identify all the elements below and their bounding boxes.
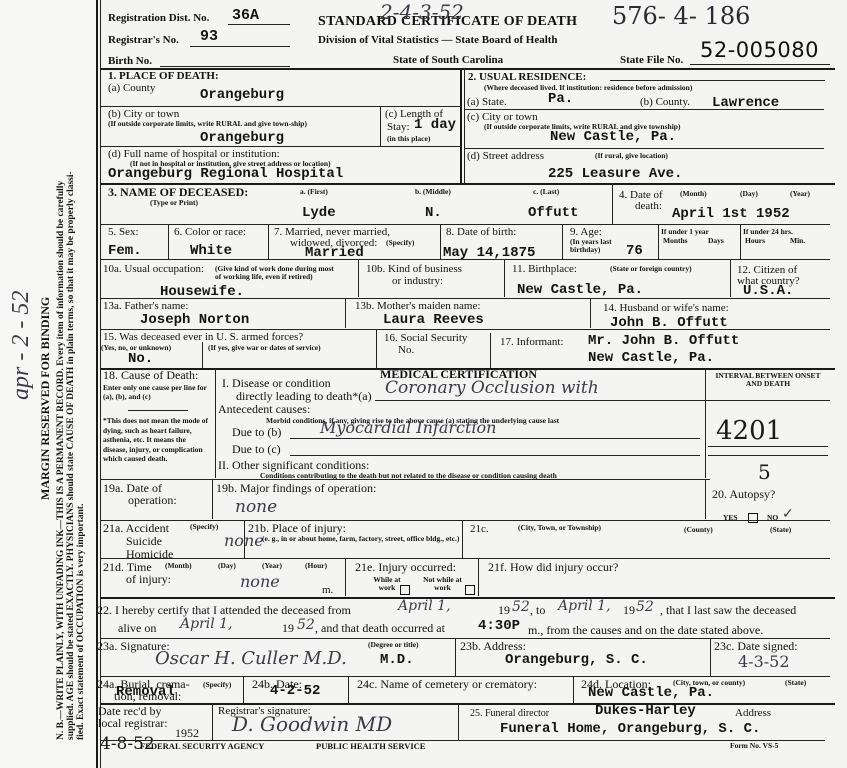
due-b-label: Due to (b): [232, 426, 281, 438]
occurred-label: 21e. Injury occurred:: [355, 561, 456, 573]
usual-residence-title: 2. USUAL RESIDENCE:: [468, 71, 586, 83]
findings-value: none: [235, 497, 277, 517]
sex-label: 5. Sex:: [108, 226, 139, 238]
time-injury-value: none: [240, 572, 280, 591]
certify-to-label: , to: [530, 604, 545, 616]
autopsy-label: 20. Autopsy?: [712, 488, 775, 500]
occurred-at-label: , and that death occurred at: [315, 622, 445, 634]
burial-specify: (Specify): [203, 681, 231, 689]
divider: [562, 224, 563, 259]
physician-address: Orangeburg, S. C.: [505, 653, 648, 668]
certify-to-year: 52: [636, 599, 654, 615]
reg-dist-label: Registration Dist. No.: [108, 12, 209, 24]
divider: [478, 558, 479, 596]
disease-label: I. Disease or condition: [222, 377, 331, 389]
first-label: a. (First): [300, 188, 328, 196]
day-label: (Day): [740, 190, 758, 198]
divider: [460, 68, 462, 183]
margin-instructions-3: fied. Exact statement of OCCUPATION is v…: [76, 504, 86, 740]
divider: [464, 109, 824, 110]
cause-footnote: *This does not mean the mode of dying, s…: [103, 416, 211, 464]
while-work-checkbox[interactable]: [400, 585, 410, 595]
time-year-label: (Year): [262, 562, 282, 570]
certify-line1-end: , that I last saw the deceased: [660, 604, 796, 616]
res-street: 225 Leasure Ave.: [548, 167, 682, 182]
year-prefix-1: 19: [498, 604, 510, 616]
accident-specify: (Specify): [190, 523, 218, 531]
margin-instructions-2: supplied. AGE should be stated EXACTLY. …: [66, 171, 76, 740]
state-file-value: 52-005080: [700, 38, 819, 62]
state-text: State of South Carolina: [393, 54, 503, 66]
certify-from: April 1,: [398, 598, 451, 614]
divider: [202, 342, 203, 368]
injury-state-label: (State): [770, 526, 791, 534]
divider: [740, 224, 741, 259]
divider: [100, 106, 460, 107]
divider: [100, 479, 710, 480]
interval-code: 4201: [716, 416, 782, 446]
divider: [730, 259, 731, 297]
location-state-note: (State): [785, 679, 806, 687]
divider: [100, 703, 835, 705]
business-label-2: or industry:: [392, 275, 443, 287]
place-of-death-title: 1. PLACE OF DEATH:: [108, 70, 219, 82]
father-name: Joseph Norton: [140, 313, 249, 328]
divider: [464, 148, 824, 149]
divider: [168, 224, 169, 259]
burial-date: 4-2-52: [270, 684, 320, 699]
interval-label: INTERVAL BETWEEN ONSET AND DEATH: [708, 372, 828, 388]
alive-date: April 1,: [180, 616, 233, 632]
occupation-note: (Give kind of work done during most of w…: [215, 265, 335, 281]
underline: [375, 400, 705, 401]
underline: [290, 455, 700, 456]
rec-year: 1952: [175, 727, 199, 739]
findings-label: 19b. Major findings of operation:: [216, 482, 376, 494]
registrar-signature: D. Goodwin MD: [232, 712, 392, 736]
registrar-label: Registrar's No.: [108, 34, 179, 46]
due-c-label: Due to (c): [232, 443, 281, 455]
year-prefix-3: 19: [282, 622, 294, 634]
divider: [490, 333, 491, 369]
birthplace: New Castle, Pa.: [517, 283, 643, 298]
cause-a: Coronary Occlusion with: [385, 378, 599, 398]
last-name: Offutt: [528, 206, 578, 221]
funeral-director: Dukes-Harley: [595, 704, 696, 719]
injury-location-label: 21c.: [470, 523, 489, 535]
informant-line-1: Mr. John B. Offutt: [588, 334, 739, 349]
name-label: 3. NAME OF DECEASED:: [108, 186, 248, 198]
divider: [348, 676, 349, 704]
death-city: Orangeburg: [200, 131, 284, 146]
state-file-label: State File No.: [620, 54, 683, 66]
res-city: New Castle, Pa.: [550, 130, 676, 145]
reg-dist-value: 36A: [232, 8, 259, 23]
underline: [228, 24, 290, 25]
not-work-label: Not while at work: [420, 576, 465, 592]
divider: [100, 259, 830, 260]
divider: [100, 224, 830, 225]
death-county: Orangeburg: [200, 88, 284, 103]
physician-signature: Oscar H. Culler M.D.: [155, 648, 347, 669]
funeral-address-label: Address: [735, 707, 771, 719]
autopsy-yes-checkbox[interactable]: [748, 513, 758, 523]
res-state: Pa.: [548, 92, 573, 107]
divider: [380, 106, 381, 146]
injury-county-label: (County): [684, 526, 713, 534]
divider: [243, 676, 244, 704]
directly-label: directly leading to death*(a): [236, 390, 372, 402]
divider: [573, 676, 574, 704]
degree-label: (Degree or title): [368, 641, 419, 649]
informant-line-2: New Castle, Pa.: [588, 351, 714, 366]
spouse-label: 14. Husband or wife's name:: [603, 302, 729, 314]
hospital-name: Orangeburg Regional Hospital: [108, 167, 343, 182]
agency-text: FEDERAL SECURITY AGENCY: [140, 742, 264, 750]
street-note: (If rural, give location): [595, 152, 668, 160]
divider: [710, 638, 711, 676]
divider: [212, 703, 213, 740]
under-24-label: If under 24 hrs.: [743, 228, 793, 236]
months-label: Months: [663, 237, 688, 245]
marital-specify: (Specify): [386, 239, 414, 247]
time-hour-label: (Hour): [305, 562, 327, 570]
birthplace-label: 11. Birthplace:: [512, 263, 577, 275]
res-state-label: (a) State.: [467, 96, 507, 108]
accident-label: 21a. Accident: [103, 522, 169, 534]
death-date: April 1st 1952: [672, 207, 790, 222]
race-label: 6. Color or race:: [174, 226, 246, 238]
time-day-label: (Day): [218, 562, 236, 570]
margin-reserved-text: MARGIN RESERVED FOR BINDING: [38, 297, 53, 500]
time-m-label: m.: [322, 584, 333, 596]
divider: [610, 80, 825, 81]
death-time: 4:30P: [478, 619, 520, 634]
res-county-label: (b) County.: [640, 96, 690, 108]
father-label: 13a. Father's name:: [103, 300, 188, 312]
address-label: 23b. Address:: [460, 640, 526, 652]
rec-label-2: local registrar:: [98, 717, 168, 729]
certify-text: 22. I hereby certify that I attended the…: [97, 604, 351, 616]
handwritten-top-number: 576- 4- 186: [612, 2, 750, 30]
birthplace-note: (State or foreign country): [610, 265, 692, 273]
cause-note: Enter only one cause per line for (a), (…: [103, 383, 211, 401]
divider: [458, 703, 459, 740]
division-text: Division of Vital Statistics — State Boa…: [318, 34, 558, 46]
antecedent-label: Antecedent causes:: [218, 403, 310, 415]
divider: [345, 298, 346, 328]
name-note: (Type or Print): [150, 199, 198, 207]
not-work-checkbox[interactable]: [465, 585, 475, 595]
degree: M.D.: [380, 653, 414, 668]
funeral-director-label: 25. Funeral director: [470, 708, 549, 720]
divider: [212, 479, 213, 519]
year-prefix-2: 19: [623, 604, 635, 616]
business-label: 10b. Kind of business: [366, 263, 462, 275]
underline: [708, 446, 828, 447]
underline: [160, 66, 290, 67]
stay-value: 1 day: [414, 118, 456, 133]
armed-label: 15. Was deceased ever in U. S. armed for…: [103, 331, 303, 343]
time-month-label: (Month): [165, 562, 192, 570]
middle-label: b. (Middle): [415, 188, 451, 196]
cause-label: 18. Cause of Death:: [103, 369, 198, 381]
divider: [358, 259, 359, 297]
ssn-label-2: No.: [398, 344, 414, 356]
margin-handwritten-note: apr - 2 - 52: [8, 291, 35, 400]
divider: [455, 638, 456, 676]
stay-note: (in this place): [387, 135, 430, 143]
year-label: (Year): [790, 190, 810, 198]
divider: [100, 298, 830, 299]
interval-mark: 5: [758, 460, 771, 484]
burial-location: New Castle, Pa.: [588, 686, 714, 701]
place-injury-note: (e. g., in or about home, farm, factory,…: [262, 535, 462, 543]
age: 76: [626, 244, 643, 259]
divider: [464, 68, 465, 183]
divider: [708, 455, 828, 456]
handwritten-over-title: 2-4-3-52: [380, 0, 464, 24]
days-label: Days: [708, 237, 724, 245]
citizen: U.S.A.: [743, 284, 793, 299]
divider: [705, 400, 830, 401]
race: White: [190, 244, 232, 259]
ssn-label: 16. Social Security: [384, 332, 467, 344]
divider: [100, 146, 460, 147]
time-injury-label-2: of injury:: [126, 573, 171, 585]
divider: [128, 410, 188, 411]
divider: [215, 368, 216, 478]
certify-from-year: 52: [512, 599, 530, 615]
place-injury-label: 21b. Place of injury:: [248, 522, 346, 534]
cemetery-label: 24c. Name of cemetery or crematory:: [357, 678, 537, 690]
city-note: (If outside corporate limits, write RURA…: [108, 120, 368, 128]
divider: [504, 259, 505, 297]
alive-label: alive on: [118, 622, 156, 634]
date-signed: 4-3-52: [738, 652, 790, 671]
divider: [705, 479, 706, 519]
funeral-address: Funeral Home, Orangeburg, S. C.: [500, 722, 760, 737]
divider: [440, 224, 441, 259]
certify-to: April 1,: [558, 598, 611, 614]
certify-line2-end: m., from the causes and on the date stat…: [528, 624, 763, 636]
stay-label-2: Stay:: [387, 121, 410, 133]
street-label: (d) Street address: [467, 150, 544, 162]
underline: [290, 438, 700, 439]
middle-name: N.: [425, 206, 442, 221]
cause-b: Myocardial Infarction: [320, 418, 496, 437]
divider: [658, 224, 659, 259]
armed-note-2: (If yes, give war or dates of service): [208, 344, 321, 352]
divider: [612, 183, 613, 225]
underline: [190, 46, 290, 47]
divider: [100, 520, 830, 521]
service-text: PUBLIC HEALTH SERVICE: [316, 742, 425, 750]
divider: [705, 368, 706, 478]
informant-label: 17. Informant:: [500, 336, 564, 348]
hours-label: Hours: [745, 237, 765, 245]
divider: [100, 558, 830, 559]
divider: [100, 329, 830, 330]
death-date-label-2: death:: [635, 200, 662, 212]
divider: [268, 224, 269, 259]
min-label: Min.: [790, 237, 805, 245]
sex: Fem.: [108, 244, 142, 259]
op-date-label-2: operation:: [128, 494, 177, 506]
armed-value: No.: [128, 352, 153, 367]
under-year-label: If under 1 year: [661, 228, 709, 236]
how-injury-label: 21f. How did injury occur?: [488, 561, 618, 573]
form-number: Form No. VS-5: [730, 742, 778, 750]
month-label: (Month): [680, 190, 707, 198]
county-label: (a) County: [108, 82, 155, 94]
last-label: c. (Last): [533, 188, 559, 196]
injury-city-label: (City, Town, or Township): [518, 524, 601, 532]
underline: [690, 64, 830, 65]
suicide-label: Suicide: [126, 535, 162, 547]
other-conditions-label: II. Other significant conditions:: [218, 459, 369, 471]
margin-instructions-1: N. B.—WRITE PLAINLY, WITH UNFADING INK—T…: [56, 181, 66, 740]
divider: [590, 298, 591, 328]
age-note: (In years last birthday): [570, 238, 625, 254]
burial-value: Removal: [116, 685, 175, 700]
first-name: Lyde: [302, 206, 336, 221]
date-signed-label: 23c. Date signed:: [714, 640, 798, 652]
alive-year: 52: [297, 617, 315, 633]
residence-note: (Where deceased lived. If institution: r…: [484, 84, 692, 92]
divider: [376, 329, 377, 369]
dob-label: 8. Date of birth:: [446, 226, 516, 238]
birth-no-label: Birth No.: [108, 55, 152, 67]
divider: [244, 520, 245, 558]
divider: [345, 558, 346, 596]
occupation-label: 10a. Usual occupation:: [103, 263, 204, 275]
divider: [100, 597, 835, 599]
divider: [462, 520, 463, 558]
mother-label: 13b. Mother's maiden name:: [355, 300, 480, 312]
registrar-value: 93: [200, 29, 218, 44]
mother-name: Laura Reeves: [383, 313, 484, 328]
